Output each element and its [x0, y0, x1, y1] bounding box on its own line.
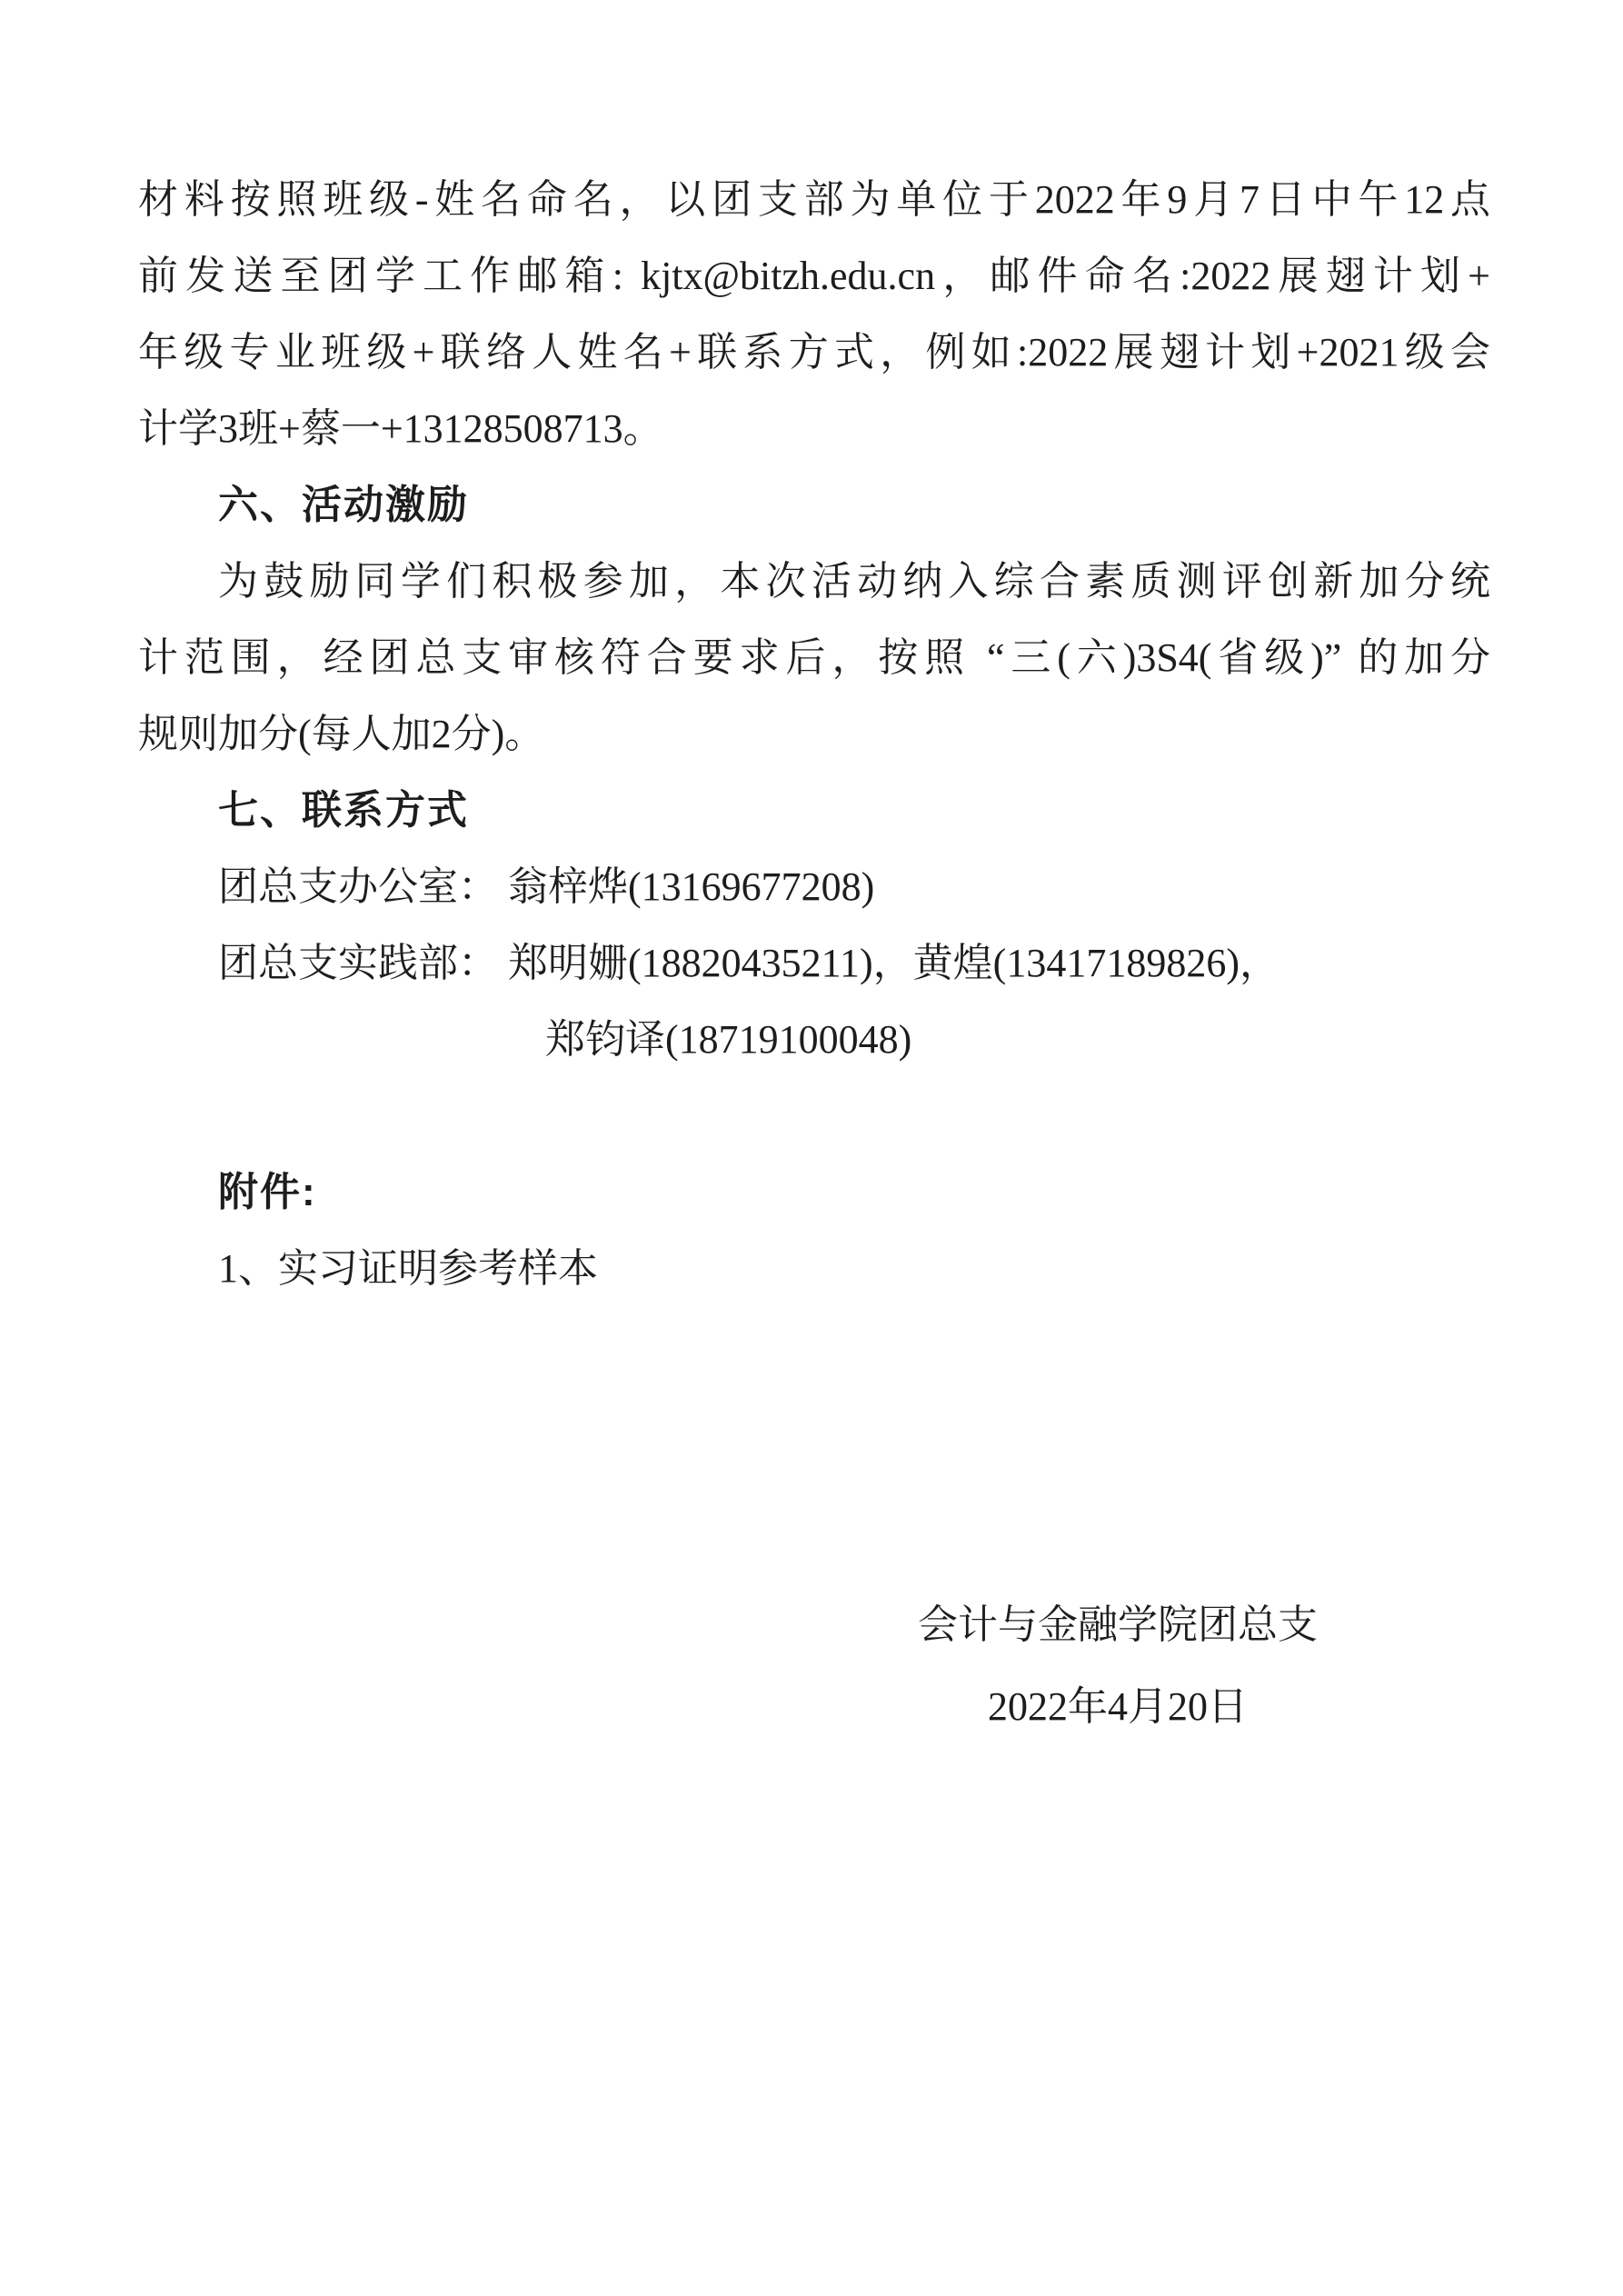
- body-text-line: 规则加分(每人加2分)。: [138, 696, 1490, 773]
- notice-document-page: 材料按照班级-姓名命名，以团支部为单位于2022年9月7日中午12点 前发送至团…: [0, 0, 1623, 2296]
- contact-office-line: 团总支办公室： 翁梓烨(13169677208): [138, 849, 1490, 925]
- paragraph-incentive: 为鼓励同学们积极参加，本次活动纳入综合素质测评创新加分统 计范围，经团总支审核符…: [138, 544, 1490, 773]
- body-text-line: 计范围，经团总支审核符合要求后，按照 “三(六)3S4(省级)” 的加分: [138, 620, 1490, 696]
- section-heading-incentive: 六、活动激励: [138, 467, 1490, 544]
- body-text-line: 年级专业班级+联络人姓名+联系方式，例如:2022展翅计划+2021级会: [138, 314, 1490, 391]
- signature-organization: 会计与金融学院团总支: [800, 1584, 1436, 1666]
- paragraph-submission: 材料按照班级-姓名命名，以团支部为单位于2022年9月7日中午12点 前发送至团…: [138, 162, 1490, 467]
- contact-list: 团总支办公室： 翁梓烨(13169677208) 团总支实践部： 郑明姗(188…: [138, 849, 1490, 1078]
- body-text-line: 材料按照班级-姓名命名，以团支部为单位于2022年9月7日中午12点: [138, 162, 1490, 238]
- attachments-label: 附件:: [138, 1154, 1490, 1231]
- section-heading-contact: 七、联系方式: [138, 773, 1490, 849]
- attachment-item: 1、实习证明参考样本: [138, 1231, 1490, 1307]
- body-text-line: 计学3班+蔡一+13128508713。: [138, 391, 1490, 467]
- body-text-line: 前发送至团学工作邮箱: kjtx@bitzh.edu.cn，邮件命名:2022展…: [138, 238, 1490, 314]
- contact-practice-line: 团总支实践部： 郑明姗(18820435211)，黄煌(13417189826)…: [138, 925, 1490, 1002]
- signature-date: 2022年4月20日: [800, 1666, 1436, 1748]
- signature-block: 会计与金融学院团总支 2022年4月20日: [800, 1584, 1436, 1748]
- blank-line: [138, 1078, 1490, 1154]
- body-text-line: 为鼓励同学们积极参加，本次活动纳入综合素质测评创新加分统: [138, 544, 1490, 620]
- contact-practice-continuation: 郑钧译(18719100048): [138, 1002, 1490, 1078]
